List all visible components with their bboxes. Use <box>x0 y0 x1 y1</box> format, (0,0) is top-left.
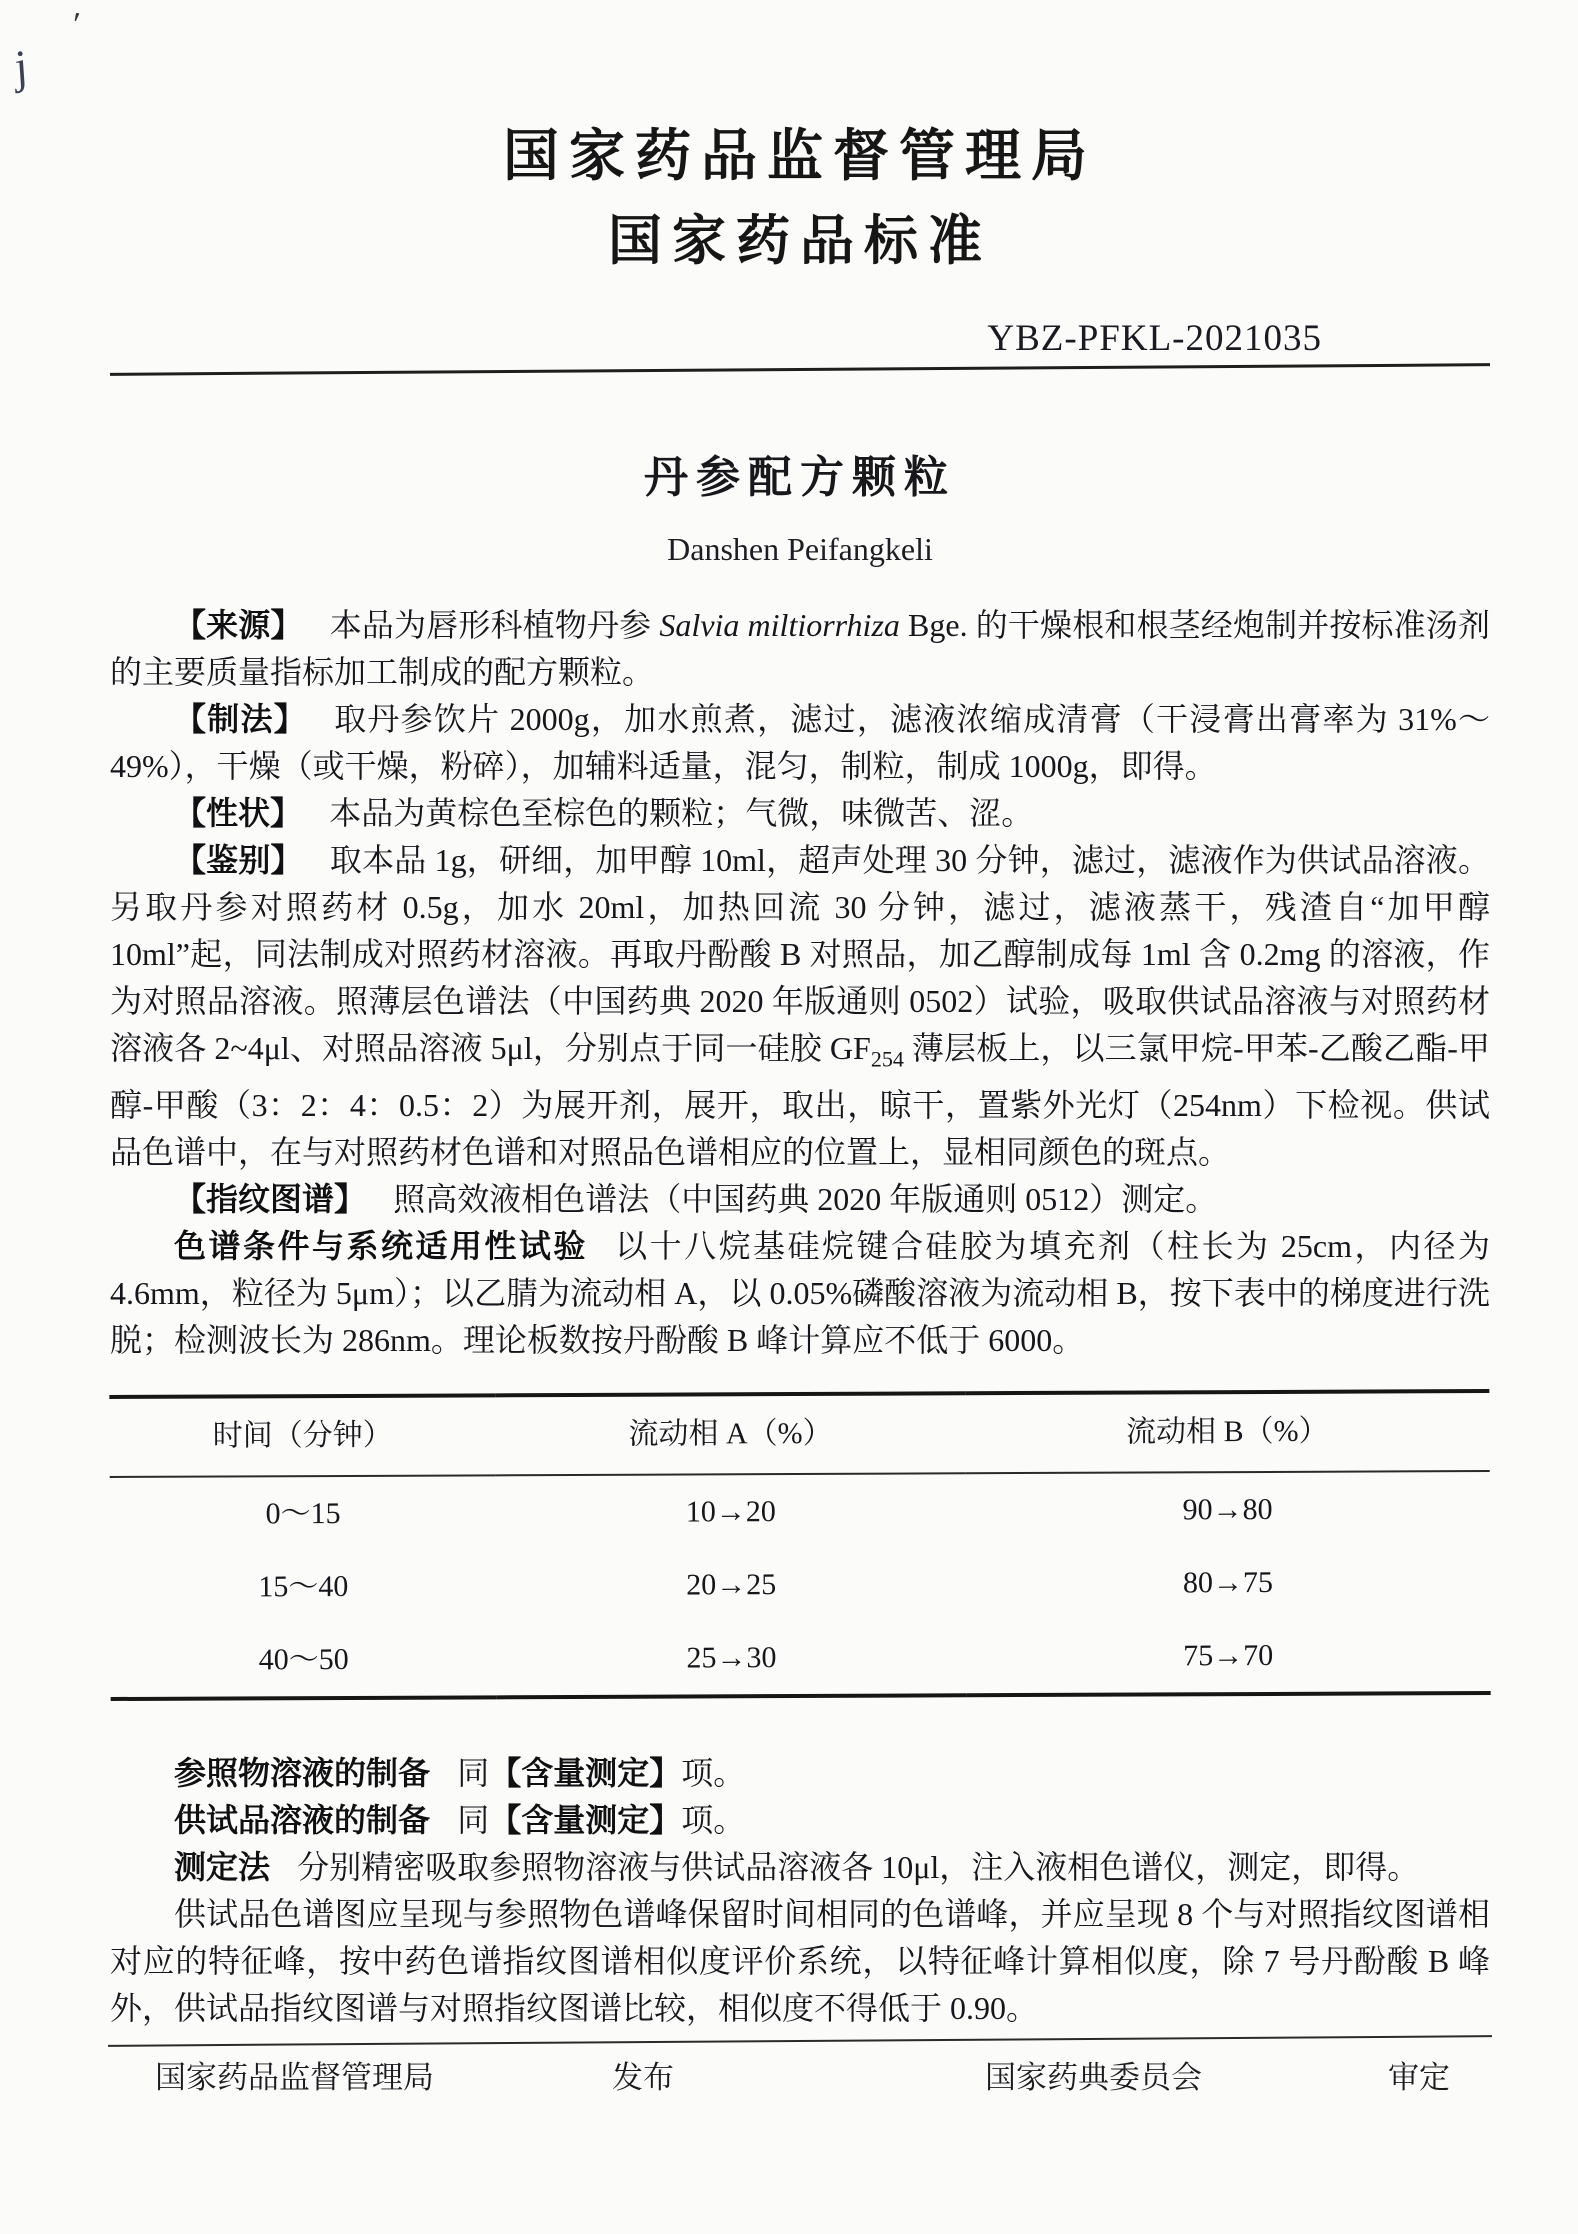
table-row: 40～50 25→30 75→70 <box>110 1618 1490 1699</box>
source-label: 【来源】 <box>174 607 303 643</box>
org-title: 国家药品监督管理局 <box>110 112 1490 192</box>
doc-type-title: 国家药品标准 <box>110 198 1490 275</box>
body-text: 【来源】本品为唇形科植物丹参 Salvia miltiorrhiza Bge. … <box>110 602 1490 2032</box>
similarity-paragraph: 供试品色谱图应呈现与参照物色谱峰保留时间相同的色谱峰，并应呈现 8 个与对照指纹… <box>110 1891 1490 2032</box>
footer-review-label: 审定 <box>1388 2052 1450 2097</box>
test-solution-pre: 同 <box>457 1802 489 1838</box>
identification-label: 【鉴别】 <box>174 842 303 878</box>
scan-artifact-apostrophe: ' <box>67 6 79 45</box>
cell-phase-a: 25→30 <box>497 1621 967 1698</box>
reference-solution-paragraph: 参照物溶液的制备同【含量测定】项。 <box>110 1750 1490 1797</box>
test-solution-post: 项。 <box>681 1802 745 1838</box>
cell-phase-b: 75→70 <box>966 1618 1491 1695</box>
footer-publish-label: 发布 <box>612 2052 674 2097</box>
method-text: 取丹参饮片 2000g，加水煎煮，滤过，滤液浓缩成清膏（干浸膏出膏率为 31%～… <box>110 701 1490 784</box>
table-row: 15～40 20→25 80→75 <box>110 1545 1490 1624</box>
cell-phase-b: 90→80 <box>965 1471 1490 1547</box>
reference-pre: 同 <box>457 1755 489 1791</box>
cell-time: 15～40 <box>110 1550 497 1625</box>
page-content: 国家药品监督管理局 国家药品标准 YBZ-PFKL-2021035 丹参配方颗粒… <box>110 0 1490 2032</box>
product-name: 丹参配方颗粒 <box>110 441 1490 505</box>
cell-phase-a: 10→20 <box>496 1474 966 1550</box>
test-solution-label: 供试品溶液的制备 <box>174 1802 430 1838</box>
standard-code: YBZ-PFKL-2021035 <box>110 317 1490 360</box>
reference-bold: 【含量测定】 <box>489 1755 681 1791</box>
gradient-table: 时间（分钟） 流动相 A（%） 流动相 B（%） 0～15 10→20 90→8… <box>109 1389 1490 1701</box>
method-label: 【制法】 <box>174 701 307 737</box>
chromatography-label: 色谱条件与系统适用性试验 <box>174 1228 588 1264</box>
scan-artifact-squiggle: j <box>8 39 33 94</box>
identification-paragraph: 【鉴别】取本品 1g，研细，加甲醇 10ml，超声处理 30 分钟，滤过，滤液作… <box>110 837 1490 1176</box>
footer-issuer: 国家药品监督管理局 <box>155 2052 434 2097</box>
fingerprint-text: 照高效液相色谱法（中国药典 2020 年版通则 0512）测定。 <box>393 1181 1217 1217</box>
source-latin-name: Salvia miltiorrhiza <box>659 607 899 643</box>
product-pinyin: Danshen Peifangkeli <box>110 531 1490 568</box>
fingerprint-label: 【指纹图谱】 <box>174 1181 366 1217</box>
footer-committee: 国家药典委员会 <box>985 2052 1202 2097</box>
reference-post: 项。 <box>681 1755 745 1791</box>
assay-text: 分别精密吸取参照物溶液与供试品溶液各 10μl，注入液相色谱仪，测定，即得。 <box>297 1849 1419 1885</box>
table-header-row: 时间（分钟） 流动相 A（%） 流动相 B（%） <box>109 1391 1489 1477</box>
assay-paragraph: 测定法分别精密吸取参照物溶液与供试品溶液各 10μl，注入液相色谱仪，测定，即得… <box>110 1844 1490 1891</box>
fingerprint-paragraph: 【指纹图谱】照高效液相色谱法（中国药典 2020 年版通则 0512）测定。 <box>110 1176 1490 1223</box>
gf254-subscript: 254 <box>871 1046 904 1071</box>
cell-time: 40～50 <box>110 1623 497 1700</box>
property-text: 本品为黄棕色至棕色的颗粒；气微，味微苦、涩。 <box>329 795 1033 831</box>
gradient-table-wrapper: 时间（分钟） 流动相 A（%） 流动相 B（%） 0～15 10→20 90→8… <box>109 1389 1490 1701</box>
reference-solution-label: 参照物溶液的制备 <box>174 1755 430 1791</box>
cell-phase-a: 20→25 <box>496 1548 966 1623</box>
header-rule <box>110 363 1490 376</box>
col-header-phase-a: 流动相 A（%） <box>496 1394 966 1476</box>
cell-time: 0～15 <box>110 1476 497 1552</box>
assay-label: 测定法 <box>174 1849 270 1885</box>
chromatography-paragraph: 色谱条件与系统适用性试验以十八烷基硅烷键合硅胶为填充剂（柱长为 25cm，内径为… <box>110 1223 1490 1364</box>
footer-rule <box>108 2035 1492 2047</box>
source-paragraph: 【来源】本品为唇形科植物丹参 Salvia miltiorrhiza Bge. … <box>110 602 1490 696</box>
similarity-text: 供试品色谱图应呈现与参照物色谱峰保留时间相同的色谱峰，并应呈现 8 个与对照指纹… <box>110 1896 1490 2026</box>
col-header-phase-b: 流动相 B（%） <box>965 1391 1490 1473</box>
property-label: 【性状】 <box>174 795 302 831</box>
method-paragraph: 【制法】取丹参饮片 2000g，加水煎煮，滤过，滤液浓缩成清膏（干浸膏出膏率为 … <box>110 696 1490 790</box>
source-text-1: 本品为唇形科植物丹参 <box>330 607 660 643</box>
col-header-time: 时间（分钟） <box>109 1396 496 1478</box>
table-row: 0～15 10→20 90→80 <box>110 1471 1490 1551</box>
test-solution-bold: 【含量测定】 <box>489 1802 681 1838</box>
scanned-document-page: ' j 国家药品监督管理局 国家药品标准 YBZ-PFKL-2021035 丹参… <box>0 0 1578 2234</box>
property-paragraph: 【性状】本品为黄棕色至棕色的颗粒；气微，味微苦、涩。 <box>110 790 1490 837</box>
after-table-text: 参照物溶液的制备同【含量测定】项。 供试品溶液的制备同【含量测定】项。 测定法分… <box>110 1750 1490 2032</box>
test-solution-paragraph: 供试品溶液的制备同【含量测定】项。 <box>110 1797 1490 1844</box>
cell-phase-b: 80→75 <box>966 1545 1491 1620</box>
